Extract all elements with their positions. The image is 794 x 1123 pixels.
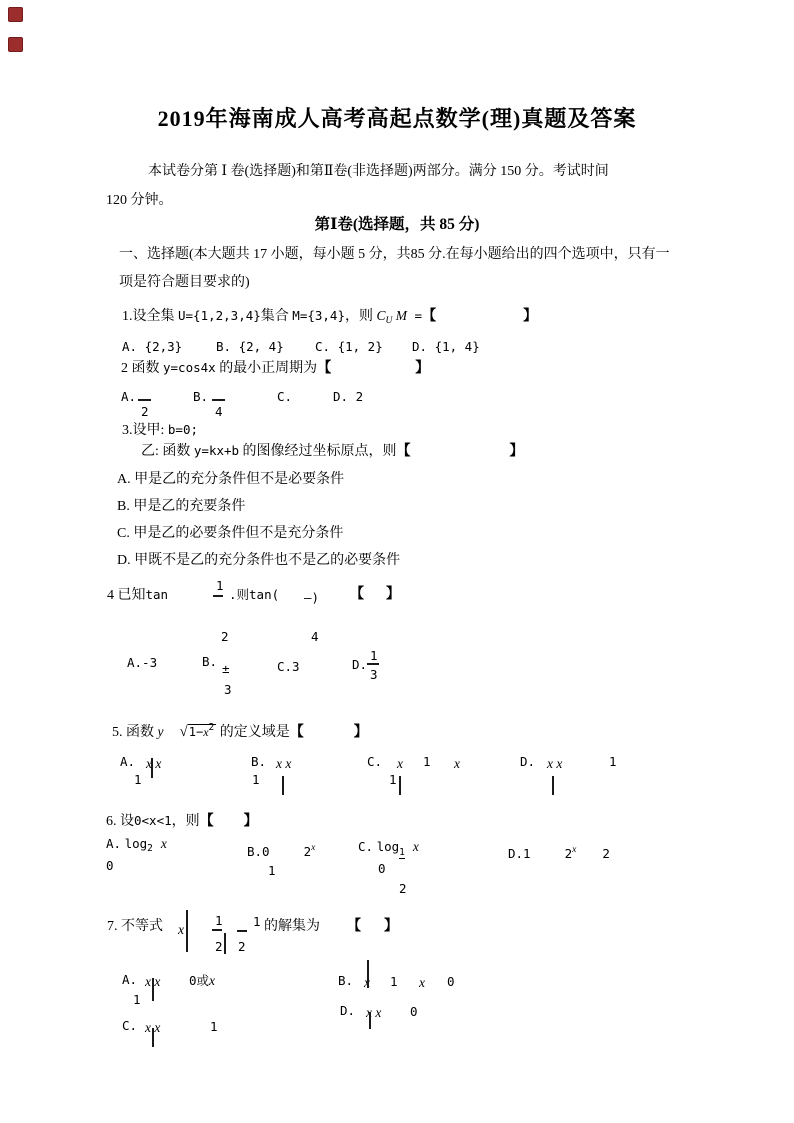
q3-option-d: D. 甲既不是乙的充分条件也不是乙的必要条件 — [117, 552, 400, 569]
q5-option-b-below: 1 — [252, 771, 260, 788]
question-4-stem-prefix: 4 已知tan — [107, 586, 168, 604]
q5-option-b-vars: x x — [276, 755, 291, 772]
vertical-bar — [151, 758, 153, 778]
section-title: 第Ⅰ卷(选择题，共 85 分) — [0, 216, 794, 233]
q3-option-c: C. 甲是乙的必要条件但不是充分条件 — [117, 525, 343, 542]
question-5-stem: 5. 函数 y√1−x2 的定义域是【】 — [112, 719, 368, 741]
question-7-stem-suffix: 的解集为 — [264, 918, 320, 935]
page-title: 2019年海南成人高考高起点数学(理)真题及答案 — [0, 110, 794, 127]
vertical-bar — [369, 1012, 371, 1029]
answer-bracket-close: 】 — [523, 309, 537, 324]
q5-option-d-one: 1 — [609, 753, 617, 770]
vertical-bar — [152, 1028, 154, 1047]
q6-option-a: A. log2x — [106, 835, 167, 857]
q7-option-d-label: D. — [340, 1002, 355, 1019]
q4-option-b-label: B. — [202, 653, 217, 670]
q5-option-c-var: x — [454, 755, 460, 772]
q4-option-d-denominator: 3 — [370, 666, 378, 683]
q4-option-b-denominator: 3 — [224, 681, 232, 698]
sqrt-radical: √1−x2 — [180, 724, 217, 740]
vertical-bar — [186, 910, 188, 952]
vertical-bar — [367, 960, 369, 988]
q6-option-c-below: 0 — [378, 860, 386, 877]
q4-fraction-numerator: 1 — [216, 577, 224, 594]
q5-option-a-label: A. — [120, 753, 135, 770]
answer-bracket-open: 【 — [422, 309, 436, 324]
q5-option-a-vars: x x — [146, 755, 161, 772]
intro-line-1: 本试卷分第 Ⅰ 卷(选择题)和第Ⅱ卷(非选择题)两部分。满分 150 分。考试时… — [148, 163, 609, 180]
vertical-bar — [224, 933, 226, 954]
answer-bracket-open: 【 — [347, 918, 361, 935]
q2-option-a-label: A. — [121, 388, 136, 405]
q4-option-d-numerator: 1 — [370, 647, 378, 664]
question-1-stem: 1.设全集 U={1,2,3,4}集合 M={3,4}，则 CU M =【】 — [122, 307, 537, 330]
q3-option-b: B. 甲是乙的充要条件 — [117, 498, 245, 515]
fraction-bar — [237, 930, 247, 932]
q7-option-a-below: 1 — [133, 991, 141, 1008]
q5-option-d-vars: x x — [547, 755, 562, 772]
answer-bracket-open: 【 — [350, 586, 364, 603]
answer-bracket-close: 】 — [415, 361, 429, 376]
q5-option-c-label: C. — [367, 753, 382, 770]
q5-option-c-one: 1 — [423, 753, 431, 770]
q5-option-d-label: D. — [520, 753, 535, 770]
q7-option-a-or: 0或x — [189, 972, 215, 990]
q5-option-c-var: x — [397, 755, 403, 772]
broken-image-icon — [8, 7, 23, 22]
question-4-stem-middle: .则tan( — [229, 586, 279, 604]
vertical-bar — [399, 776, 401, 795]
q7-option-d-zero: 0 — [410, 1003, 418, 1020]
directions-line-1: 一、选择题(本大题共 17 小题，每小题 5 分，共85 分.在每小题给出的四个… — [119, 246, 670, 263]
question-3-stem-line2: 乙: 函数 y=kx+b 的图像经过坐标原点，则【】 — [141, 442, 524, 460]
q4-floating-digit: 2 — [221, 628, 229, 645]
directions-line-2: 项是符合题目要求的) — [119, 274, 250, 291]
answer-bracket-open: 【 — [317, 361, 331, 376]
q6-option-c: C. log1x — [358, 838, 419, 861]
q7-stem-var: x — [178, 921, 184, 938]
q7-option-b-one: 1 — [390, 973, 398, 990]
answer-bracket-close: 】 — [510, 444, 524, 459]
q4-floating-digit: 4 — [311, 628, 319, 645]
fraction-bar — [138, 399, 151, 401]
q6-option-d: D.12x2 — [508, 842, 610, 863]
fraction-bar — [367, 663, 379, 665]
q7-frac2-denominator: 2 — [238, 938, 246, 955]
q7-option-b-label: B. — [338, 972, 353, 989]
answer-bracket-close: 】 — [354, 725, 368, 740]
q7-frac1-denominator: 2 — [215, 938, 223, 955]
q7-option-c-one: 1 — [210, 1018, 218, 1035]
q4-option-d-label: D. — [352, 656, 367, 673]
q2-option-b-label: B. — [193, 388, 208, 405]
q2-option-a-denominator: 2 — [141, 403, 149, 420]
q1-option-a: A. {2,3} — [122, 338, 182, 355]
q1-option-d: D. {1, 4} — [412, 338, 480, 355]
q7-option-c-label: C. — [122, 1017, 137, 1034]
fraction-bar — [213, 595, 223, 597]
vertical-bar — [152, 978, 154, 1001]
question-3-stem-line1: 3.设甲: b=0; — [122, 421, 198, 439]
q6-option-b: B.02x — [247, 840, 315, 861]
answer-bracket-open: 【 — [290, 725, 304, 740]
question-6-stem: 6. 设0<x<1，则【】 — [106, 812, 258, 830]
question-2-stem: 2 函数 y=cos4x 的最小正周期为【】 — [121, 359, 429, 377]
q2-option-c-label: C. — [277, 388, 292, 405]
q1-option-c: C. {1, 2} — [315, 338, 383, 355]
q4-option-a: A.-3 — [127, 654, 157, 671]
answer-bracket-close: 】 — [384, 918, 398, 935]
q4-option-b-symbol: ± — [222, 660, 230, 677]
complement-symbol: CU M — [376, 308, 407, 323]
fraction-bar — [212, 929, 222, 931]
q7-option-b-zero: 0 — [447, 973, 455, 990]
q7-frac2-superscript: 1 — [253, 913, 261, 930]
q6-option-a-below: 0 — [106, 857, 114, 874]
q7-frac1-numerator: 1 — [215, 912, 223, 929]
answer-bracket-open: 【 — [200, 814, 214, 829]
q2-option-d: D. 2 — [333, 388, 363, 405]
q4-dash-paren: —) — [304, 589, 319, 606]
question-7-stem-prefix: 7. 不等式 — [107, 918, 163, 935]
q4-option-c: C.3 — [277, 658, 300, 675]
fraction-bar — [212, 399, 225, 401]
q1-option-b: B. {2, 4} — [216, 338, 284, 355]
vertical-bar — [282, 776, 284, 795]
q5-option-a-below: 1 — [134, 771, 142, 788]
answer-bracket-close: 】 — [244, 814, 258, 829]
q2-option-b-denominator: 4 — [215, 403, 223, 420]
q5-option-b-label: B. — [251, 753, 266, 770]
broken-image-icon — [8, 37, 23, 52]
vertical-bar — [552, 776, 554, 795]
q7-option-a-label: A. — [122, 971, 137, 988]
answer-bracket-close: 】 — [386, 586, 400, 603]
answer-bracket-open: 【 — [397, 444, 411, 459]
intro-line-2: 120 分钟。 — [106, 192, 173, 209]
q6-option-c-below2: 2 — [399, 880, 407, 897]
q5-option-c-below: 1 — [389, 771, 397, 788]
q7-option-b-var: x — [419, 974, 425, 991]
document-page: 2019年海南成人高考高起点数学(理)真题及答案 本试卷分第 Ⅰ 卷(选择题)和… — [0, 0, 794, 1123]
q6-option-b-below: 1 — [268, 862, 276, 879]
q3-option-a: A. 甲是乙的充分条件但不是必要条件 — [117, 471, 344, 488]
